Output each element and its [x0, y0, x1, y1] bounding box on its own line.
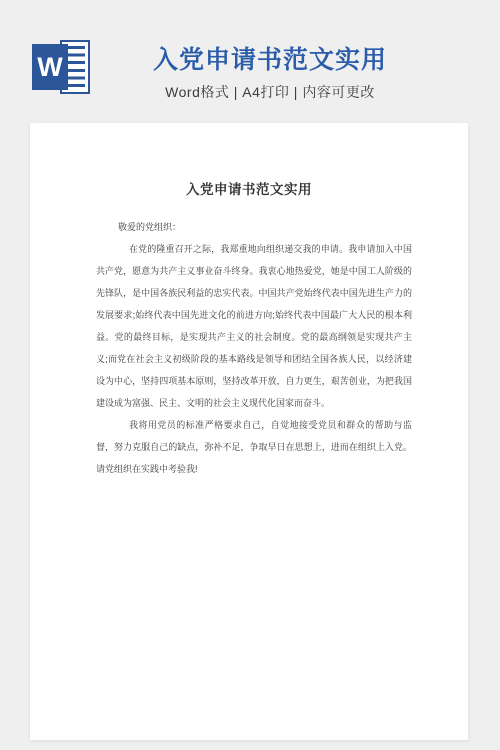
header-text: 入党申请书范文实用 Word格式 | A4打印 | 内容可更改	[70, 44, 470, 102]
document-body: 敬爱的党组织： 在党的隆重召开之际，我郑重地向组织递交我的申请。我申请加入中国共…	[30, 216, 468, 480]
word-icon-letter: W	[32, 44, 68, 90]
page-subtitle: Word格式 | A4打印 | 内容可更改	[70, 82, 470, 102]
document-salutation: 敬爱的党组织：	[96, 216, 412, 238]
document-title: 入党申请书范文实用	[30, 123, 468, 199]
document-paragraph: 我将用党员的标准严格要求自己，自觉地接受党员和群众的帮助与监督，努力克服自己的缺…	[96, 414, 412, 480]
document-page: 入党申请书范文实用 敬爱的党组织： 在党的隆重召开之际，我郑重地向组织递交我的申…	[30, 123, 468, 740]
document-paragraph: 在党的隆重召开之际，我郑重地向组织递交我的申请。我申请加入中国共产党，愿意为共产…	[96, 238, 412, 414]
page-title: 入党申请书范文实用	[70, 44, 470, 76]
header: W 入党申请书范文实用 Word格式 | A4打印 | 内容可更改	[0, 0, 500, 123]
